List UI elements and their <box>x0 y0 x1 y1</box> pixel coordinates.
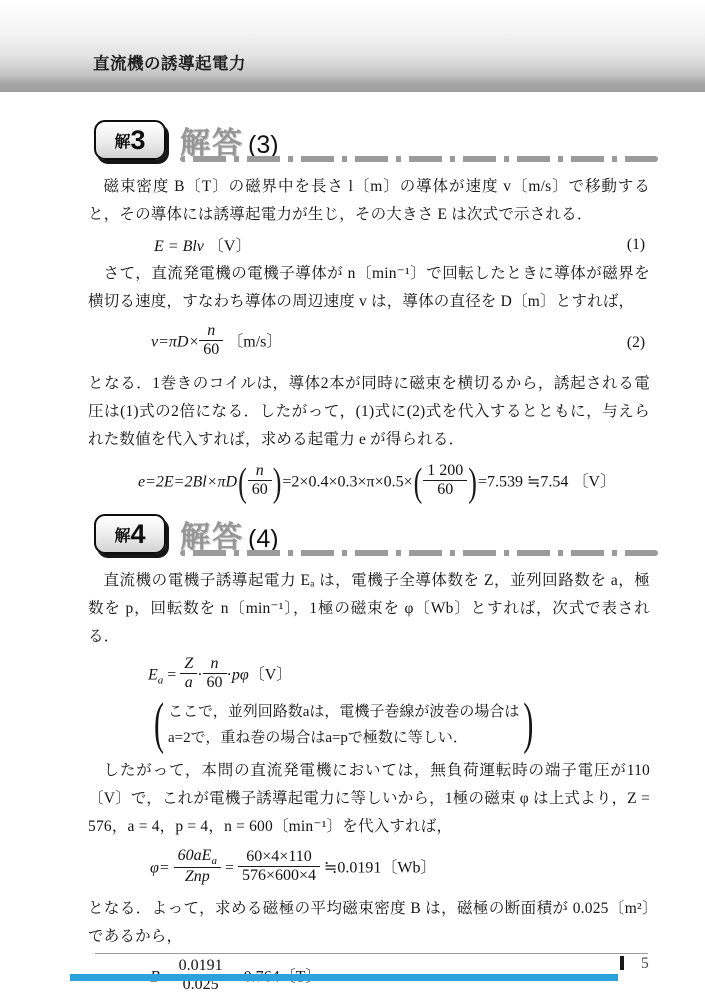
right-paren: ) <box>273 463 282 503</box>
paragraph: となる．よって，求める磁極の平均磁束密度 B は，磁極の断面積が 0.025〔m… <box>88 895 650 951</box>
left-paren: ( <box>414 463 423 503</box>
equation-phi: φ= 60aEaZnp = 60×4×110576×600×4 ≒0.0191〔… <box>150 849 650 889</box>
badge-number: 3 <box>130 127 145 154</box>
equation-2: v=πD×n60 〔m/s〕 (2) <box>151 324 650 362</box>
equation-unit: 〔V〕 <box>249 667 293 684</box>
fraction: Za <box>180 655 197 693</box>
variable-Ea: E <box>148 667 158 684</box>
fraction: 1 20060 <box>423 462 467 500</box>
equation-2-body: v=πD× <box>151 334 199 351</box>
section-3-heading: 解3 解答(3) <box>88 118 650 170</box>
big-left-paren: ( <box>154 696 164 753</box>
answer-3-badge: 解3 <box>94 120 166 160</box>
note-line-2: a=2で，重ね巻の場合はa=pで極数に等しい． <box>168 725 519 751</box>
section-4-heading: 解4 解答(4) <box>88 512 650 564</box>
page-header-bar: 直流機の誘導起電力 <box>0 0 705 92</box>
equation-middle: =2×0.4×0.3×π×0.5× <box>282 473 412 490</box>
equation-body: e=2E=2Bl×πD <box>138 473 237 490</box>
footer-rule <box>95 953 648 954</box>
equation-1-unit: 〔V〕 <box>208 238 252 255</box>
equation-2-number: (2) <box>627 334 645 352</box>
equation-1-number: (1) <box>627 236 645 254</box>
variable-phi: φ= <box>150 859 170 876</box>
fraction: 60×4×110576×600×4 <box>238 848 320 886</box>
big-right-paren: ) <box>523 696 533 753</box>
decorative-dash-line <box>180 550 658 556</box>
equation-result: =7.539 ≒7.54 <box>478 473 568 490</box>
section-4-title-number: (4) <box>248 525 279 553</box>
badge-kanji: 解 <box>114 523 130 546</box>
fraction: n60 <box>199 322 223 360</box>
note-line-1: ここで，並列回路数aは，電機子巻線が波巻の場合は <box>168 699 519 725</box>
paragraph: したがって，本問の直流発電機においては，無負荷運転時の端子電圧が110〔V〕で，… <box>88 757 650 841</box>
section-3-title-number: (3) <box>248 131 279 159</box>
answer-4-badge: 解4 <box>94 514 166 554</box>
section-answer-4: 解4 解答(4) 直流機の電機子誘導起電力 Eₐ は，電機子全導体数を Z，並列… <box>88 512 650 1000</box>
paragraph: 磁束密度 B〔T〕の磁界中を長さ l〔m〕の導体が速度 v〔m/s〕で移動すると… <box>88 173 650 229</box>
equation-unit: 〔Wb〕 <box>381 859 436 876</box>
page-header-title: 直流機の誘導起電力 <box>93 50 246 74</box>
equation-Ea: Ea = Za·n60·pφ〔V〕 <box>148 657 650 695</box>
paragraph: さて，直流発電機の電機子導体が n〔min⁻¹〕で回転したときに導体が磁界を横切… <box>88 260 650 316</box>
right-paren: ) <box>468 463 477 503</box>
section-3-title: 解答(3) <box>180 118 650 162</box>
decorative-dash-line <box>180 156 658 162</box>
textbook-page: 直流機の誘導起電力 解3 解答(3) 磁束密度 B〔T〕の磁界中を長さ l〔m〕… <box>0 0 705 1000</box>
equation-tail: pφ <box>232 667 249 684</box>
section-answer-3: 解3 解答(3) 磁束密度 B〔T〕の磁界中を長さ l〔m〕の導体が速度 v〔m… <box>88 118 650 506</box>
paragraph: となる．1巻きのコイルは，導体2本が同時に磁束を横切るから，誘起される電圧は(1… <box>88 370 650 454</box>
left-paren: ( <box>238 463 247 503</box>
page-number: 5 <box>641 955 649 973</box>
equation-2-unit: 〔m/s〕 <box>227 334 282 351</box>
section-4-title: 解答(4) <box>180 512 650 556</box>
parenthetical-note: ( ここで，並列回路数aは，電機子巻線が波巻の場合は a=2で，重ね巻の場合はa… <box>150 699 650 751</box>
equation-1: E = Blv 〔V〕 (1) <box>154 233 650 256</box>
equation-unit: 〔V〕 <box>572 473 616 490</box>
equation-1-body: E = Blv <box>154 238 204 255</box>
equals-sign: = <box>225 859 234 876</box>
equation-result-e: e=2E=2Bl×πD(n60)=2×0.4×0.3×π×0.5×(1 2006… <box>138 464 650 502</box>
fraction: n60 <box>203 655 227 693</box>
badge-kanji: 解 <box>114 129 130 152</box>
equation-result: ≒0.0191 <box>324 859 381 876</box>
footer-accent-bar <box>70 974 618 981</box>
fraction: n60 <box>248 462 272 500</box>
badge-number: 4 <box>130 521 145 548</box>
note-text: ここで，並列回路数aは，電機子巻線が波巻の場合は a=2で，重ね巻の場合はa=p… <box>168 699 519 751</box>
fraction: 60aEaZnp <box>174 847 221 887</box>
paragraph: 直流機の電機子誘導起電力 Eₐ は，電機子全導体数を Z，並列回路数を a，極数… <box>88 567 650 651</box>
footer-tick-mark <box>620 956 624 970</box>
equals-sign: = <box>167 667 176 684</box>
subscript-a: a <box>158 675 164 687</box>
